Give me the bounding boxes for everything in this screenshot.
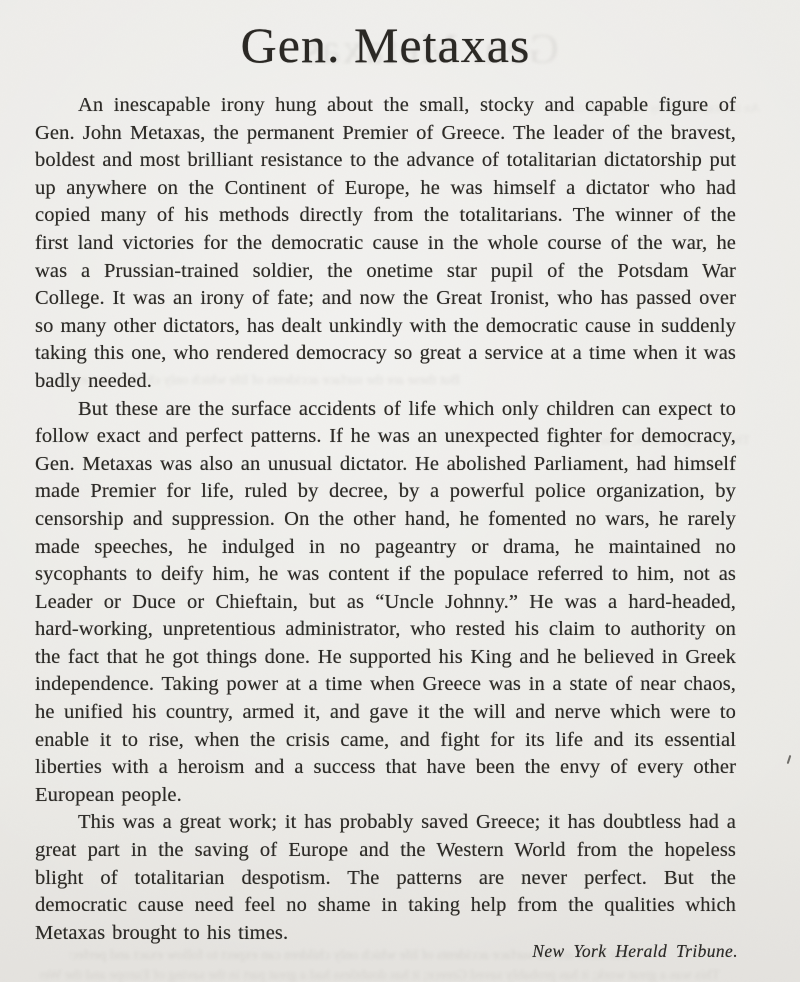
bleedthrough-ghost: This was a great work; it has probably s… — [40, 968, 720, 982]
paragraph-2: But these are the surface accidents of l… — [35, 396, 736, 810]
page-title: Gen. Metaxas — [35, 16, 736, 74]
article-body: An inescapable irony hung about the smal… — [35, 92, 736, 947]
paragraph-1: An inescapable irony hung about the smal… — [35, 92, 736, 396]
scan-artifact-mark — [787, 755, 792, 764]
book-page: Gen. Metaxas An inescapable irony hung a… — [0, 0, 800, 982]
attribution-source: New York Herald Tribune. — [532, 941, 738, 962]
paragraph-3: This was a great work; it has probably s… — [35, 809, 736, 947]
